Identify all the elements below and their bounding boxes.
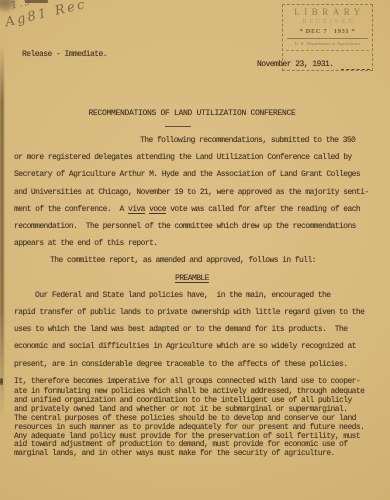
- para3-line: economic and social difficulties in Agri…: [14, 338, 380, 355]
- scan-speck: [0, 378, 3, 385]
- para3-line: uses to which the land was best adapted …: [14, 321, 380, 338]
- date-underline-dashes: [341, 60, 370, 70]
- stamp-date-text: * DEC 7 1931 *: [283, 28, 372, 35]
- viva-pre: ment of the conference. A: [14, 205, 128, 214]
- para1-line: and Universities at Chicago, November 19…: [14, 184, 380, 201]
- date-line: November 23, 1931.: [257, 60, 334, 69]
- document-title: RECOMMENDATIONS OF LAND UTILIZATION CONF…: [0, 109, 384, 118]
- para3-line: Our Federal and State land policies have…: [14, 287, 380, 304]
- para3-line: rapid transfer of public lands to privat…: [14, 304, 380, 321]
- stamp-divider: [287, 38, 368, 39]
- stamp-library-text: LIBRARY: [283, 7, 372, 17]
- viva-word: viva: [128, 205, 145, 214]
- stamp-received-text: RECEIVED: [283, 18, 372, 25]
- release-line: Release - Immediate.: [22, 50, 107, 59]
- para1-line: The following recommendations, submitted…: [14, 132, 380, 149]
- para3-line: present, are in considerable degree trac…: [14, 356, 380, 373]
- preamble-heading: PREAMBLE: [14, 270, 380, 287]
- stamp-agency-text: U. S. Department of Agriculture: [283, 41, 372, 46]
- scan-edge-shadow: [0, 45, 4, 420]
- body-double-spaced: The following recommendations, submitted…: [14, 132, 380, 390]
- stamp-divider: [286, 50, 369, 51]
- para1-line: or more registered delegates attending t…: [14, 149, 380, 166]
- document-page: 1.9 Ag81 Rec Release - Immediate. LIBRAR…: [0, 0, 390, 500]
- para1-line-viva-voce: ment of the conference. A viva voce vote…: [14, 201, 380, 218]
- title-underline: [165, 126, 191, 127]
- para1-line: appears at the end of this report.: [14, 235, 380, 252]
- para1-line: recommendation. The personnel of the com…: [14, 218, 380, 235]
- para4-line: marginal lands, and in other ways must m…: [14, 450, 380, 459]
- preamble-text: PREAMBLE: [175, 274, 209, 283]
- body-single-spaced: ate in formulating new policies which sh…: [14, 388, 380, 459]
- para1-line: Secretary of Agriculture Arthur M. Hyde …: [14, 166, 380, 183]
- para2-line: The committee report, as amended and app…: [14, 252, 380, 269]
- viva-post: vote was called for after the reading of…: [166, 205, 360, 214]
- call-number: 1.9 Ag81 Rec: [1, 0, 88, 30]
- voce-word: voce: [149, 205, 166, 214]
